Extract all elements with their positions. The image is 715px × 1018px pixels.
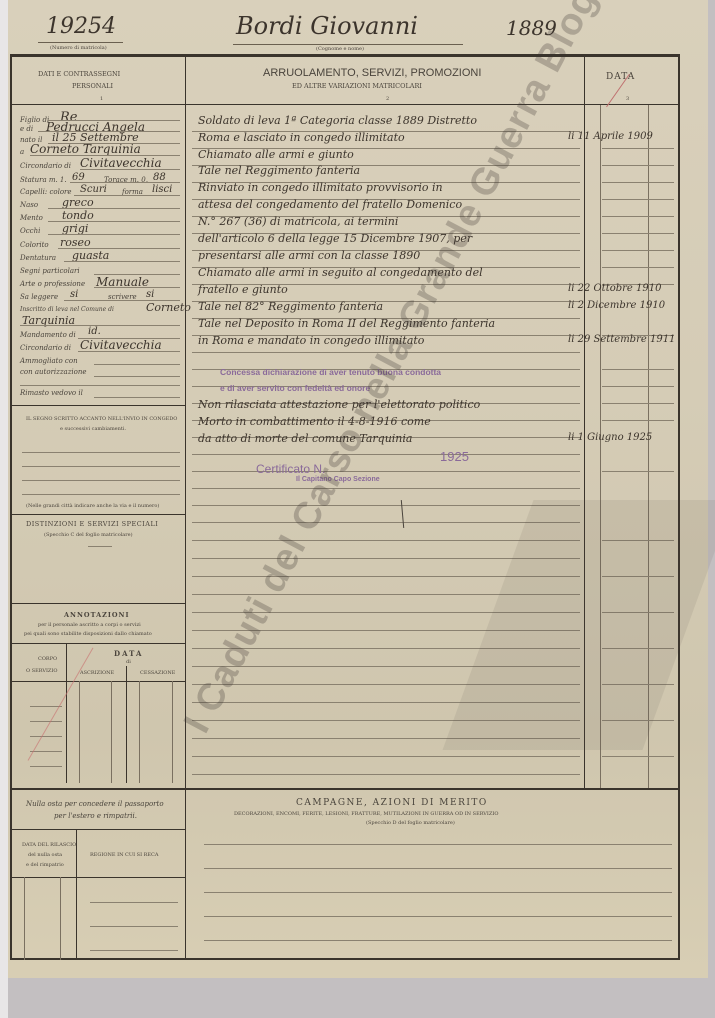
field-label-mandamento: Mandamento di (20, 331, 76, 339)
line (94, 287, 180, 288)
annotations-subtitle-1: per il personale ascritto a corpi o serv… (38, 622, 141, 628)
service-entry: Rinviato in congedo illimitato provvisor… (198, 181, 443, 194)
date-col-title: DATA (606, 72, 635, 82)
service-entry-date: li 22 Ottobre 1910 (568, 283, 661, 294)
annot-col-start: ASCRIZIONE (80, 670, 114, 676)
field-label-authorization: con autorizzazione (20, 368, 87, 376)
service-entry: attesa del congedamento del fratello Dom… (198, 198, 462, 211)
line (64, 261, 180, 262)
annotations-title: ANNOTAZIONI (64, 611, 130, 619)
passport-vline (24, 877, 25, 960)
annot-vline (79, 681, 80, 783)
line (94, 397, 180, 398)
header-divider (10, 104, 680, 105)
line (22, 466, 180, 467)
field-label-widowed: Rimasto vedovo il (20, 389, 83, 397)
line (48, 120, 180, 121)
field-label-reads: Sa leggere (20, 293, 58, 301)
date-col-num: 3 (626, 96, 629, 102)
field-label-district: Circondario di (20, 162, 71, 170)
distinctions-title: DISTINZIONI E SERVIZI SPECIALI (26, 520, 158, 528)
passport-title-2: per l'estero e rimpatrii. (54, 812, 137, 820)
annot-table-header-bottom (10, 681, 185, 682)
line (94, 376, 180, 377)
distinctions-subtitle: (Specchio C del foglio matricolare) (44, 532, 133, 538)
annot-vline (111, 681, 112, 783)
service-col-title-1: ARRUOLAMENTO, SERVIZI, PROMOZIONI (263, 67, 481, 79)
field-label-conscription-town: Inscritto di leva nel Comune di (20, 306, 114, 313)
service-entry: Tale nel 82° Reggimento fanteria (198, 300, 383, 313)
line (88, 546, 112, 547)
line (90, 950, 178, 951)
service-entry: Morto in combattimento il 4-8-1916 come (198, 415, 431, 428)
service-entry: Chiamato alle armi e giunto (198, 148, 354, 161)
service-col-title-2: ED ALTRE VARIAZIONI MATRICOLARI (292, 82, 422, 90)
annot-table-top (10, 643, 185, 644)
field-label-father: Figlio di (20, 116, 49, 124)
line (22, 494, 180, 495)
service-entry-date: li 1 Giugno 1925 (568, 432, 652, 443)
line (30, 155, 180, 156)
name-underline (233, 44, 463, 45)
red-pencil-mark (28, 648, 94, 761)
matricola-number: 19254 (46, 14, 116, 39)
field-label-district-2: Circondario di (20, 344, 71, 352)
line (30, 721, 62, 722)
line (20, 325, 180, 326)
field-label-profession: Arte o professione (20, 280, 85, 288)
passport-col-date-1: DATA DEL RILASCIO (22, 842, 76, 848)
line (74, 195, 180, 196)
top-border (10, 54, 680, 57)
line (70, 182, 180, 183)
line (94, 364, 180, 365)
service-entry: Tale nel Deposito in Roma II del Reggime… (198, 317, 495, 330)
line (30, 751, 62, 752)
passport-table-header-bottom (10, 877, 185, 878)
passport-title-1: Nulla osta per concedere il passaporto (26, 800, 164, 808)
service-col-num: 2 (386, 96, 389, 102)
field-label-teeth: Dentatura (20, 254, 56, 262)
line (94, 274, 180, 275)
annot-vline (126, 666, 127, 783)
field-label-marks: Segni particolari (20, 267, 80, 275)
personal-col-title-2: PERSONALI (72, 82, 113, 90)
service-entry: Roma e lasciato in congedo illimitato (198, 131, 405, 144)
soldier-name: Bordi Giovanni (236, 12, 418, 40)
line (64, 300, 180, 301)
line (38, 131, 180, 132)
service-entry: da atto di morte del comune Tarquinia (198, 432, 412, 445)
line (78, 351, 180, 352)
annot-col-corps-1: CORPO (38, 656, 57, 662)
line (90, 902, 178, 903)
lower-section-divider (10, 788, 680, 790)
field-value-born-at: Corneto Tarquinia (30, 142, 141, 156)
field-label-hair: Capelli: colore (20, 188, 72, 196)
left-border (10, 54, 12, 960)
line (80, 169, 180, 170)
campaigns-subtitle-2: (Specchio D del foglio matricolare) (366, 820, 455, 826)
service-entry-date: li 29 Settembre 1911 (568, 334, 675, 345)
line (30, 736, 62, 737)
conduct-stamp-line-2: e di aver servito con fedeltà ed onore (220, 383, 370, 393)
personal-col-num: 1 (100, 96, 103, 102)
passport-vline (76, 829, 77, 960)
line (22, 452, 180, 453)
distinctions-section-divider (10, 603, 185, 604)
matricola-underline (38, 42, 123, 43)
field-value-hair-form: lisci (152, 184, 172, 195)
field-value-writes: si (146, 289, 154, 300)
line (78, 338, 180, 339)
line (58, 248, 180, 249)
field-value-district-2: Civitavecchia (80, 338, 162, 352)
line (48, 221, 180, 222)
line (90, 926, 178, 927)
annot-data-sub: di (126, 659, 131, 665)
personal-section-divider (10, 405, 185, 406)
changes-section-divider (10, 514, 185, 515)
service-entry: fratello e giunto (198, 283, 288, 296)
campaigns-title: CAMPAGNE, AZIONI DI MERITO (296, 798, 488, 808)
service-entry: N.° 267 (36) di matricola, ai termini (198, 215, 398, 228)
service-entry-date: li 2 Dicembre 1910 (568, 300, 665, 311)
name-caption: (Cognome e nome) (316, 46, 364, 52)
passport-col-region: REGIONE IN CUI SI RECA (90, 852, 158, 858)
annot-col-corps-2: O SERVIZIO (26, 668, 57, 674)
line (48, 143, 180, 144)
passport-col-date-3: e del rimpatrio (26, 862, 64, 868)
service-entry-date: li 11 Aprile 1909 (568, 131, 653, 142)
service-entry: Non rilasciata attestazione per l'eletto… (198, 398, 480, 411)
bottom-border (10, 958, 680, 960)
field-label-born-at: a (20, 148, 24, 156)
annot-vline (139, 681, 140, 783)
field-label-nose: Naso (20, 201, 38, 209)
field-label-height: Statura m. 1. (20, 176, 67, 184)
annot-vline (172, 681, 173, 783)
field-value-district: Civitavecchia (80, 156, 162, 170)
campaigns-subtitle: DECORAZIONI, ENCOMI, FERITE, LESIONI, FR… (234, 811, 498, 817)
field-label-mother: e di (20, 125, 33, 133)
service-entry: Tale nel Reggimento fanteria (198, 164, 360, 177)
field-value-conscription-town: Corneto (146, 301, 191, 314)
annot-data-header: DATA (114, 649, 143, 658)
military-service-record-sheet: 19254 (Numero di matricola) Bordi Giovan… (8, 0, 708, 978)
changes-note: (Nelle grandi città indicare anche la vi… (26, 503, 159, 509)
scanner-margin (0, 0, 8, 1018)
passport-vline (60, 877, 61, 960)
line (48, 208, 180, 209)
matricola-caption: (Numero di matricola) (50, 45, 107, 51)
line (22, 480, 180, 481)
col-divider-1 (185, 56, 186, 960)
annotations-subtitle-2: pei quali sono stabilite disposizioni da… (24, 631, 152, 637)
line (20, 385, 180, 386)
field-label-complexion: Colorito (20, 241, 49, 249)
field-label-chin: Mento (20, 214, 43, 222)
field-value-reads: si (70, 289, 78, 300)
field-value-mandamento: id. (88, 326, 101, 337)
field-label-married: Ammogliato con (20, 357, 78, 365)
changes-title-1: IL SEGNO SCRITTO ACCANTO NELL'INVIO IN C… (26, 416, 177, 422)
personal-col-title-1: DATI E CONTRASSEGNI (38, 70, 120, 78)
changes-title-2: e successivi cambiamenti. (60, 426, 126, 432)
line (48, 234, 180, 235)
passport-table-top (10, 829, 185, 830)
service-entry: presentarsi alle armi con la classe 1890 (198, 249, 420, 262)
certificate-stamp-year: 1925 (440, 449, 469, 464)
field-value-hair-color: Scuri (80, 184, 107, 195)
passport-col-date-2: del nulla osta (28, 852, 62, 858)
line (30, 766, 62, 767)
annot-col-end: CESSAZIONE (140, 670, 175, 676)
service-entry: Soldato di leva 1ª Categoria classe 1889… (198, 114, 477, 127)
annot-vline (66, 643, 67, 783)
paper-shadow (443, 500, 715, 750)
field-label-eyes: Occhi (20, 227, 40, 235)
